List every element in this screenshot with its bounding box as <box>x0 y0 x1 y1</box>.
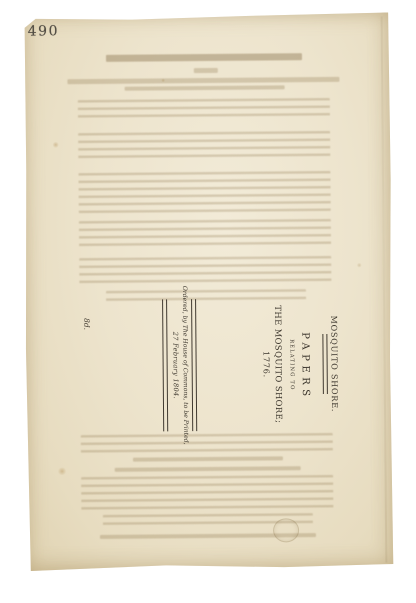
showthrough-line <box>133 456 283 461</box>
docket-header: MOSQUITO SHORE. <box>329 316 339 413</box>
foxing-spot <box>53 141 59 148</box>
showthrough-paragraph <box>81 475 333 511</box>
showthrough-line <box>67 77 339 84</box>
showthrough-line <box>115 466 301 472</box>
photograph-background: { "folio_number": "490", "docket": { "he… <box>0 0 416 603</box>
price-mark: 8d. <box>77 316 91 332</box>
imprint-rule-bottom <box>162 299 168 431</box>
fold-line <box>381 16 388 562</box>
folio-number: 490 <box>28 23 59 39</box>
docket-year: 1776. <box>262 351 271 378</box>
docket-title-block: MOSQUITO SHORE. PAPERS RELATING TO THE M… <box>162 298 339 432</box>
showthrough-subheading <box>194 68 218 73</box>
imprint-date-line: 27 February 1804. <box>171 332 180 399</box>
double-rule-top <box>322 334 328 394</box>
showthrough-paragraph <box>78 171 330 213</box>
foxing-spot <box>58 467 67 475</box>
docket-subject: THE MOSQUITO SHORE; <box>273 305 284 423</box>
foxing-spot <box>357 263 362 268</box>
showthrough-line <box>125 85 285 90</box>
imprint-block: Ordered, by The House of Commons, to be … <box>162 299 198 431</box>
showthrough-paragraph <box>78 98 330 122</box>
docket-title: PAPERS <box>299 328 311 401</box>
foxing-spot <box>161 78 165 82</box>
imprint-order-line: Ordered, by The House of Commons, to be … <box>181 286 189 445</box>
showthrough-paragraph <box>79 219 331 251</box>
docket-relating-to: RELATING TO <box>288 338 294 391</box>
paper-sheet: 490 MOSQUITO SHORE. PAPERS RELATING TO T… <box>22 12 395 571</box>
showthrough-paragraph <box>81 433 333 453</box>
showthrough-paragraph <box>79 256 331 286</box>
imprint-rule-top <box>192 299 198 431</box>
blind-stamp <box>273 518 299 542</box>
docket-spacer <box>197 365 261 366</box>
showthrough-paragraph <box>78 131 330 163</box>
showthrough-heading <box>106 53 302 62</box>
